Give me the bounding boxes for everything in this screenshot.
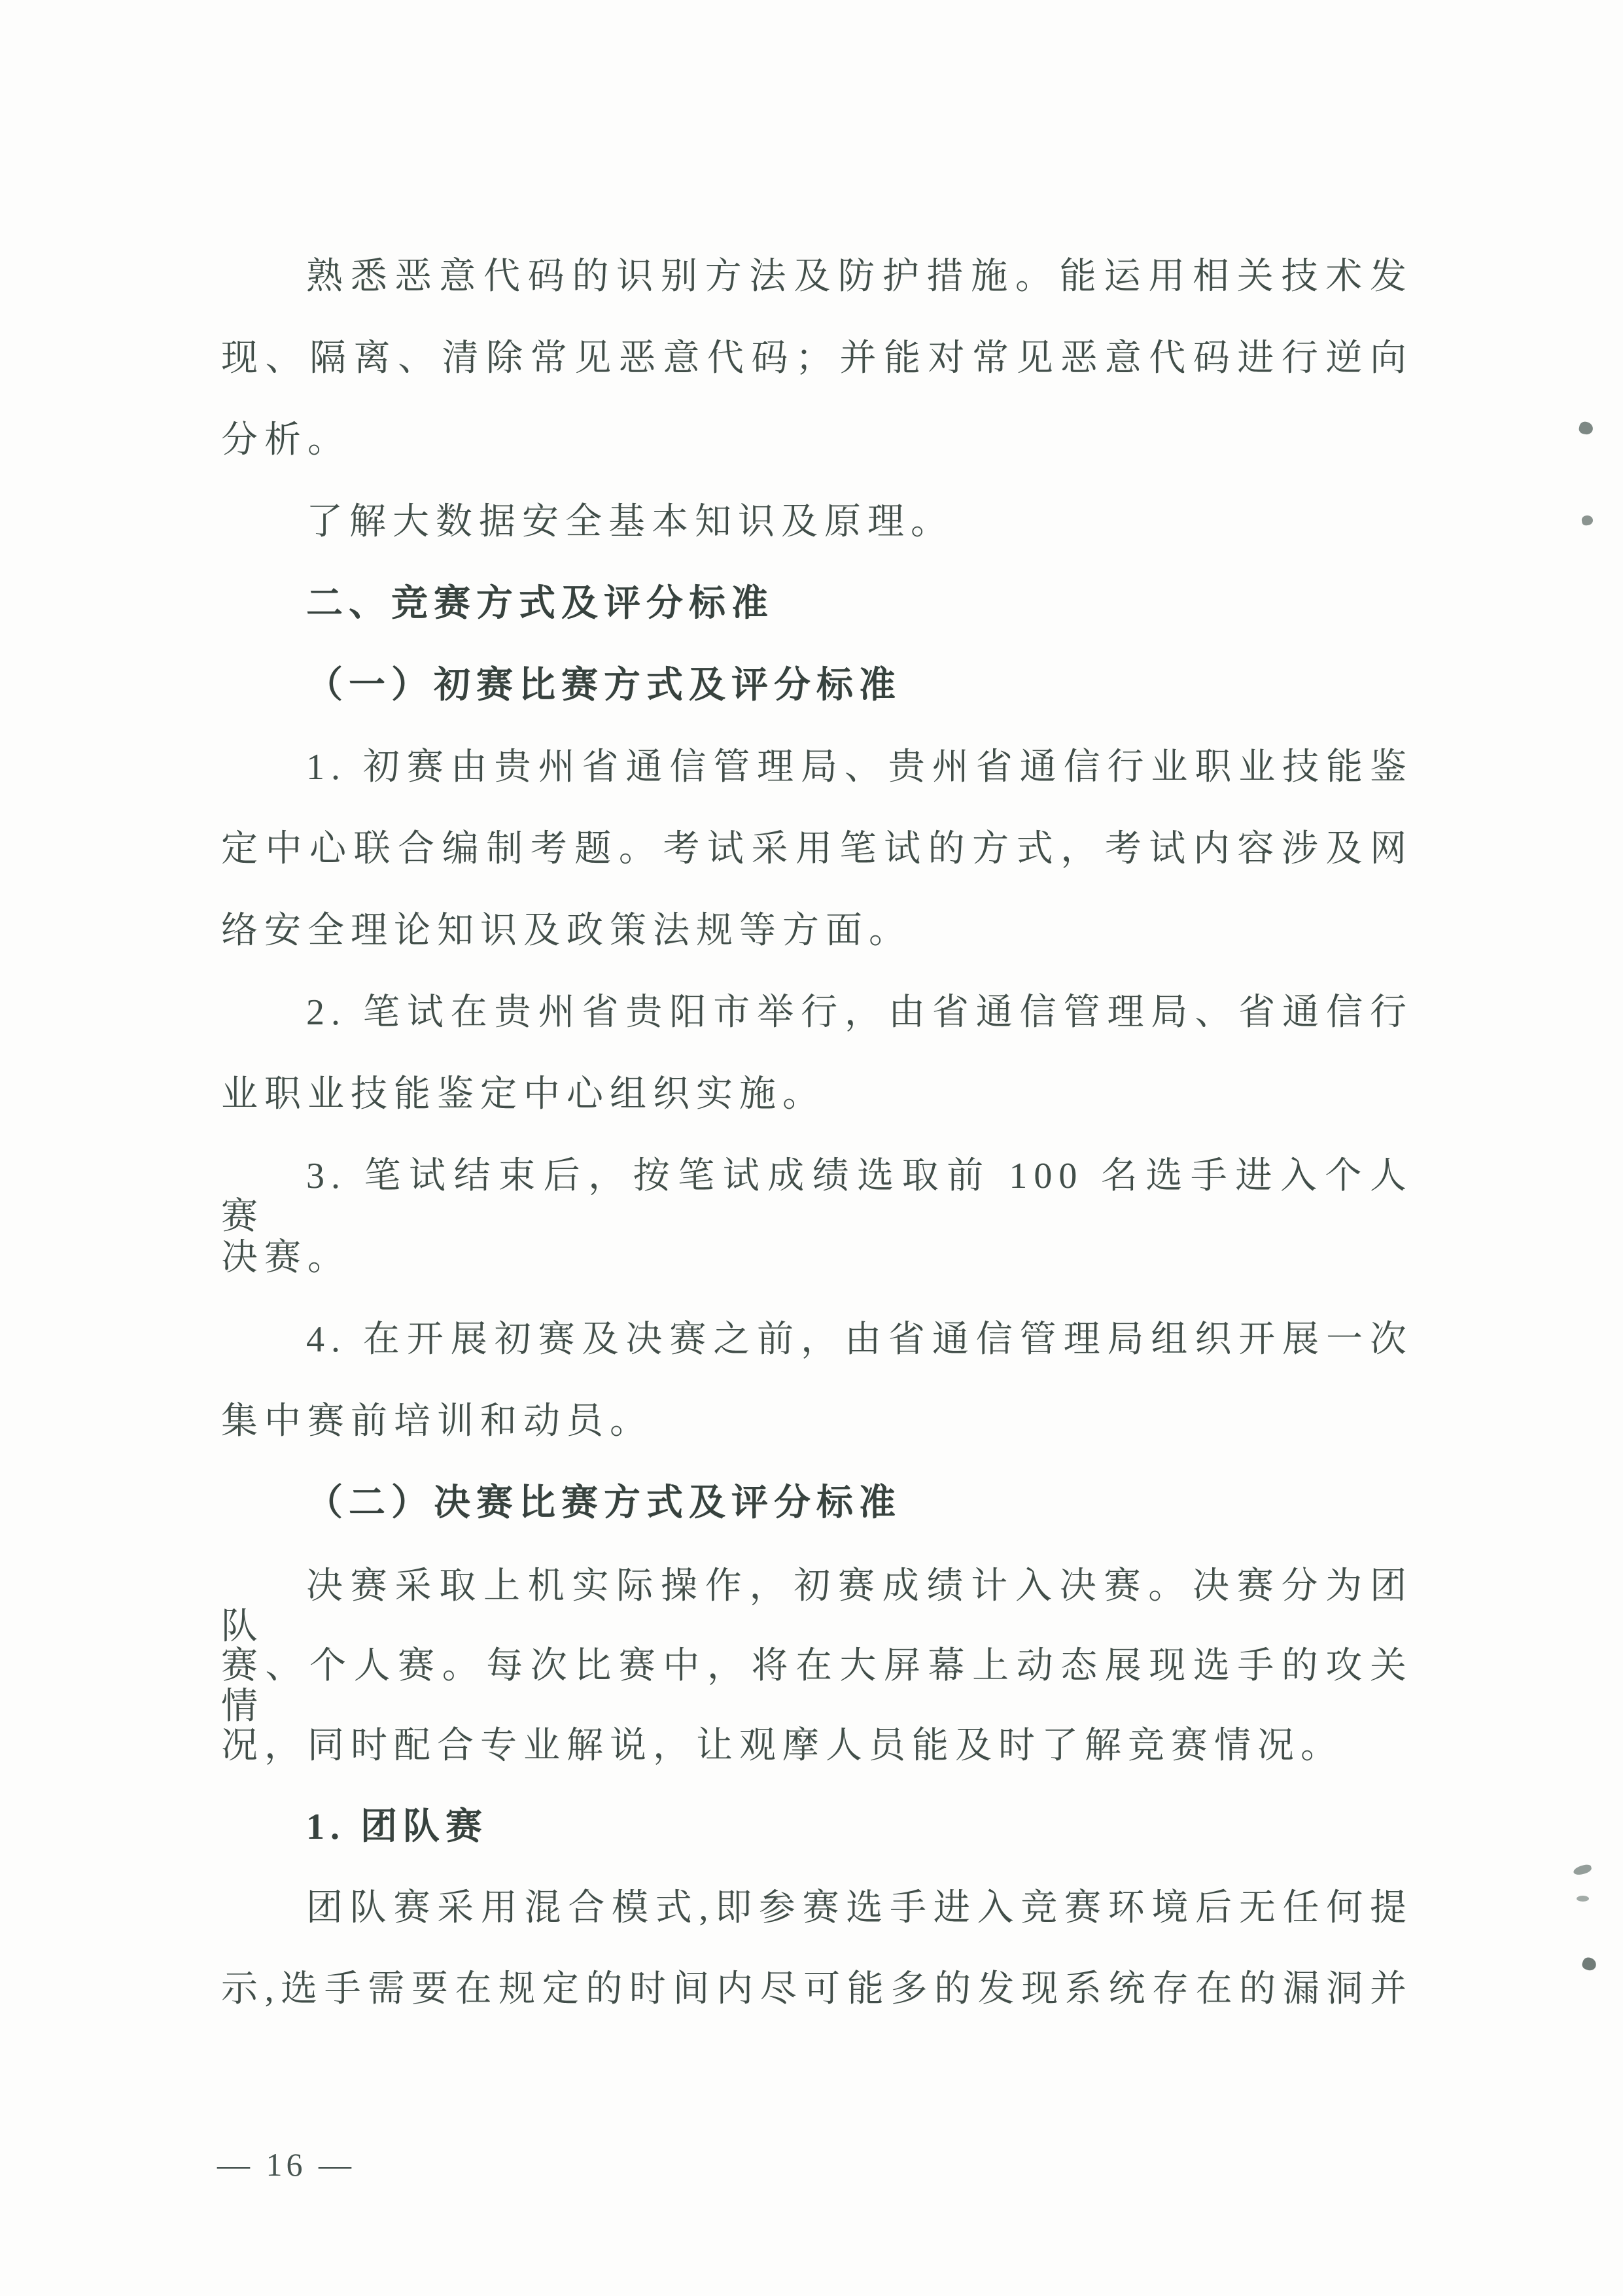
list-item-1-line-3: 络安全理论知识及政策法规等方面。 <box>221 911 1413 951</box>
team-round-heading: 1. 团队赛 <box>221 1807 1413 1847</box>
document-page: 熟悉恶意代码的识别方法及防护措施。能运用相关技术发 现、隔离、清除常见恶意代码；… <box>0 0 1623 2296</box>
subsection-heading-2-final: （二）决赛比赛方式及评分标准 <box>221 1483 1413 1523</box>
final-round-para-line-3: 况，同时配合专业解说，让观摩人员能及时了解竞赛情况。 <box>221 1726 1413 1766</box>
section-heading-2: 二、竞赛方式及评分标准 <box>221 583 1413 624</box>
list-item-3-line-2: 决赛。 <box>221 1238 1413 1278</box>
list-item-1-line-1: 1. 初赛由贵州省通信管理局、贵州省通信行业职业技能鉴 <box>221 747 1413 788</box>
scan-speck-4 <box>1577 1896 1589 1902</box>
team-round-para-line-2: 示,选手需要在规定的时间内尽可能多的发现系统存在的漏洞并 <box>221 1969 1413 2009</box>
list-item-4-line-2: 集中赛前培训和动员。 <box>221 1401 1413 1442</box>
subsection-heading-1-preliminary: （一）初赛比赛方式及评分标准 <box>221 665 1413 706</box>
list-item-2-line-1: 2. 笔试在贵州省贵阳市举行，由省通信管理局、省通信行 <box>221 992 1413 1033</box>
list-item-3-line-1: 3. 笔试结束后，按笔试成绩选取前 100 名选手进入个人赛 <box>221 1156 1413 1237</box>
body-line-4: 了解大数据安全基本知识及原理。 <box>221 502 1413 542</box>
list-item-4-line-1: 4. 在开展初赛及决赛之前，由省通信管理局组织开展一次 <box>221 1319 1413 1360</box>
list-item-2-line-2: 业职业技能鉴定中心组织实施。 <box>221 1074 1413 1115</box>
scan-speck-3 <box>1573 1864 1592 1876</box>
body-line-2: 现、隔离、清除常见恶意代码；并能对常见恶意代码进行逆向 <box>221 338 1413 379</box>
list-item-1-line-2: 定中心联合编制考题。考试采用笔试的方式，考试内容涉及网 <box>221 829 1413 869</box>
final-round-para-line-2: 赛、个人赛。每次比赛中，将在大屏幕上动态展现选手的攻关情 <box>221 1646 1413 1727</box>
team-round-para-line-1: 团队赛采用混合模式,即参赛选手进入竞赛环境后无任何提 <box>221 1888 1413 1928</box>
scan-speck-2 <box>1581 515 1594 526</box>
scan-speck-5 <box>1580 1956 1597 1972</box>
final-round-para-line-1: 决赛采取上机实际操作，初赛成绩计入决赛。决赛分为团队 <box>221 1566 1413 1647</box>
body-line-3: 分析。 <box>221 420 1413 461</box>
body-line-1: 熟悉恶意代码的识别方法及防护措施。能运用相关技术发 <box>221 256 1413 297</box>
page-number: — 16 — <box>217 2146 355 2183</box>
scan-speck-1 <box>1578 421 1594 436</box>
